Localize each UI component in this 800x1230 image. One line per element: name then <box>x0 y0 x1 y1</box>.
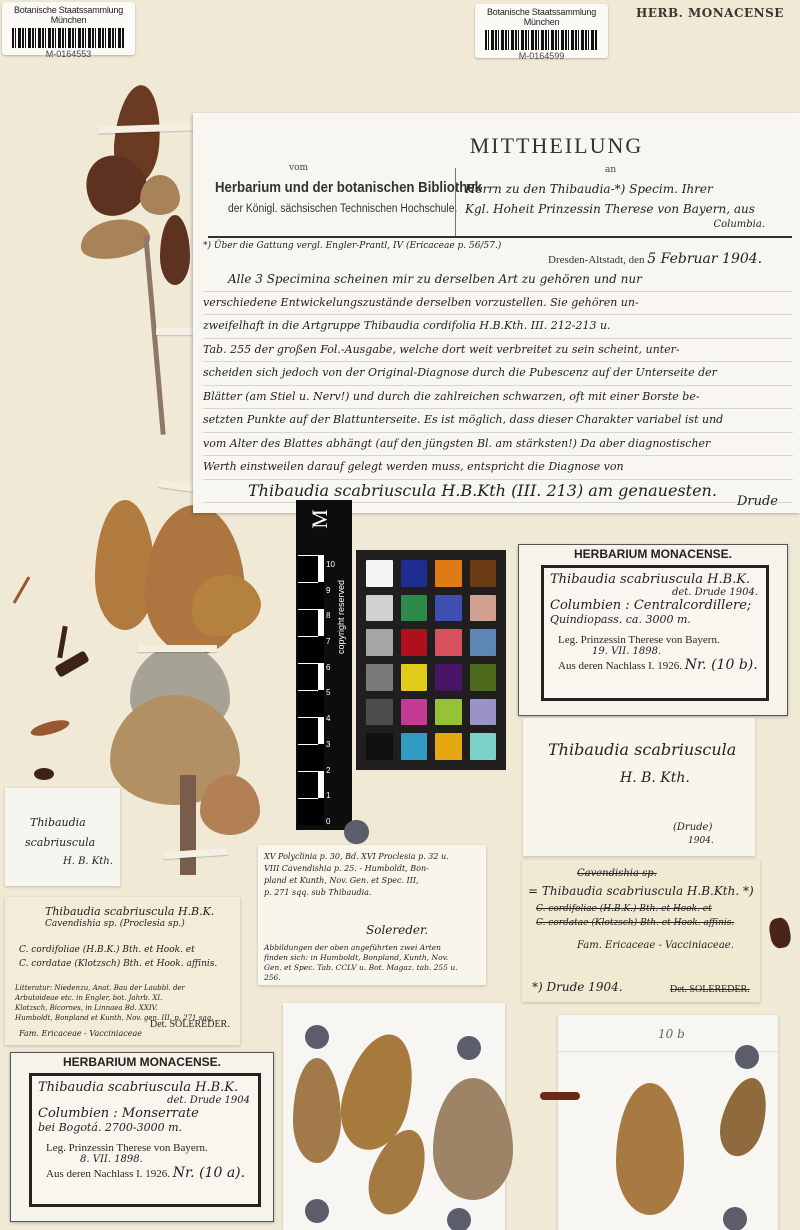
label-header: HERBARIUM MONACENSE. <box>11 1055 273 1069</box>
leaf-packet-middle <box>283 1003 505 1230</box>
color-swatch <box>401 629 428 656</box>
barcode-label-1: Botanische Staatssammlung München M-0164… <box>2 2 135 55</box>
solereder-note-middle: XV Polyclinia p. 30, Bd. XVI Proclesia p… <box>258 845 486 985</box>
barcode-label-2: Botanische Staatssammlung München M-0164… <box>475 4 608 58</box>
letter-vom: vom <box>289 163 308 173</box>
solereder-note-left: Thibaudia scabriuscula H.B.K. Cavendishi… <box>5 897 240 1045</box>
flower-fragment <box>13 576 31 603</box>
color-swatch <box>435 560 462 587</box>
herbarium-label-10a: HERBARIUM MONACENSE. Thibaudia scabriusc… <box>10 1052 274 1222</box>
color-swatch <box>470 629 497 656</box>
color-swatch <box>435 699 462 726</box>
letter-organization-sub: der Königl. sächsischen Technischen Hoch… <box>228 203 457 215</box>
barcode-number: M-0164599 <box>475 51 608 61</box>
color-swatch <box>470 733 497 760</box>
barcode-bars <box>485 30 598 50</box>
solereder-note-right: Cavendishia sp. = Thibaudia scabriuscula… <box>522 860 760 1002</box>
mounting-dot <box>447 1208 471 1230</box>
color-swatch <box>470 595 497 622</box>
mittheilung-letter: MITTHEILUNG vom an Herbarium und der bot… <box>193 113 800 513</box>
letter-signature: Drude <box>737 494 778 509</box>
color-swatch <box>366 664 393 691</box>
color-swatch <box>401 664 428 691</box>
letter-rule <box>208 236 792 238</box>
color-swatch <box>470 664 497 691</box>
flower-fragment <box>29 717 71 739</box>
copyright-text: copyright reserved <box>336 580 346 654</box>
scale-ticks <box>298 555 318 825</box>
letter-body: Alle 3 Specimina scheinen mir zu derselb… <box>203 268 793 503</box>
color-swatch <box>435 664 462 691</box>
color-swatch <box>401 560 428 587</box>
barcode-institution: Botanische Staatssammlung München <box>475 4 608 27</box>
flower-fragment <box>57 626 67 658</box>
mounting-dot <box>305 1199 329 1223</box>
envelope-label: Thibaudia scabriuscula H. B. Kth. <box>5 788 120 886</box>
letter-footnote: *) Über die Gattung vergl. Engler-Prantl… <box>203 241 501 251</box>
barcode-bars <box>12 28 125 48</box>
mounting-dot <box>305 1025 329 1049</box>
color-swatch <box>366 629 393 656</box>
twig-fragment <box>540 1092 580 1100</box>
label-header: HERBARIUM MONACENSE. <box>519 547 787 561</box>
color-calibration-chart <box>356 550 506 770</box>
color-swatch <box>401 699 428 726</box>
color-swatch <box>470 560 497 587</box>
barcode-number: M-0164553 <box>2 49 135 59</box>
mounting-dot <box>723 1207 747 1230</box>
color-swatch <box>435 595 462 622</box>
color-swatch <box>435 629 462 656</box>
letter-organization: Herbarium und der botanischen Bibliothek <box>215 179 482 196</box>
herbarium-label-10b: HERBARIUM MONACENSE. Thibaudia scabriusc… <box>518 544 788 716</box>
flower-fragment <box>768 916 793 949</box>
color-swatch <box>470 699 497 726</box>
mounting-dot <box>457 1036 481 1060</box>
letter-place-date: Dresden-Altstadt, den 5 Februar 1904. <box>548 251 762 267</box>
flower-fragment <box>34 768 54 780</box>
plant-specimen-upper <box>75 85 195 445</box>
leaf-packet-right: 10 b <box>558 1015 778 1230</box>
packet-number: 10 b <box>658 1027 685 1041</box>
letter-species: Thibaudia scabriuscula H.B.Kth (III. 213… <box>203 480 793 504</box>
mounting-dot <box>735 1045 759 1069</box>
letter-divider <box>455 168 456 238</box>
color-swatch <box>401 733 428 760</box>
color-swatch <box>366 733 393 760</box>
color-swatch <box>366 595 393 622</box>
letter-addressee: Herrn zu den Thibaudia-*) Specim. Ihrer … <box>465 179 795 231</box>
color-swatch <box>435 733 462 760</box>
color-swatch <box>401 595 428 622</box>
letter-title: MITTHEILUNG <box>193 133 800 159</box>
color-swatch <box>366 560 393 587</box>
drude-determination-note: Thibaudia scabriuscula H. B. Kth. (Drude… <box>523 718 755 856</box>
cm-scale-bar: M 012345678910 copyright reserved <box>296 500 352 830</box>
letter-an: an <box>605 165 616 175</box>
herbarium-stamp: HERB. MONACENSE <box>636 6 784 20</box>
barcode-institution: Botanische Staatssammlung München <box>2 2 135 25</box>
color-swatch <box>366 699 393 726</box>
institution-logo: M <box>307 509 333 529</box>
